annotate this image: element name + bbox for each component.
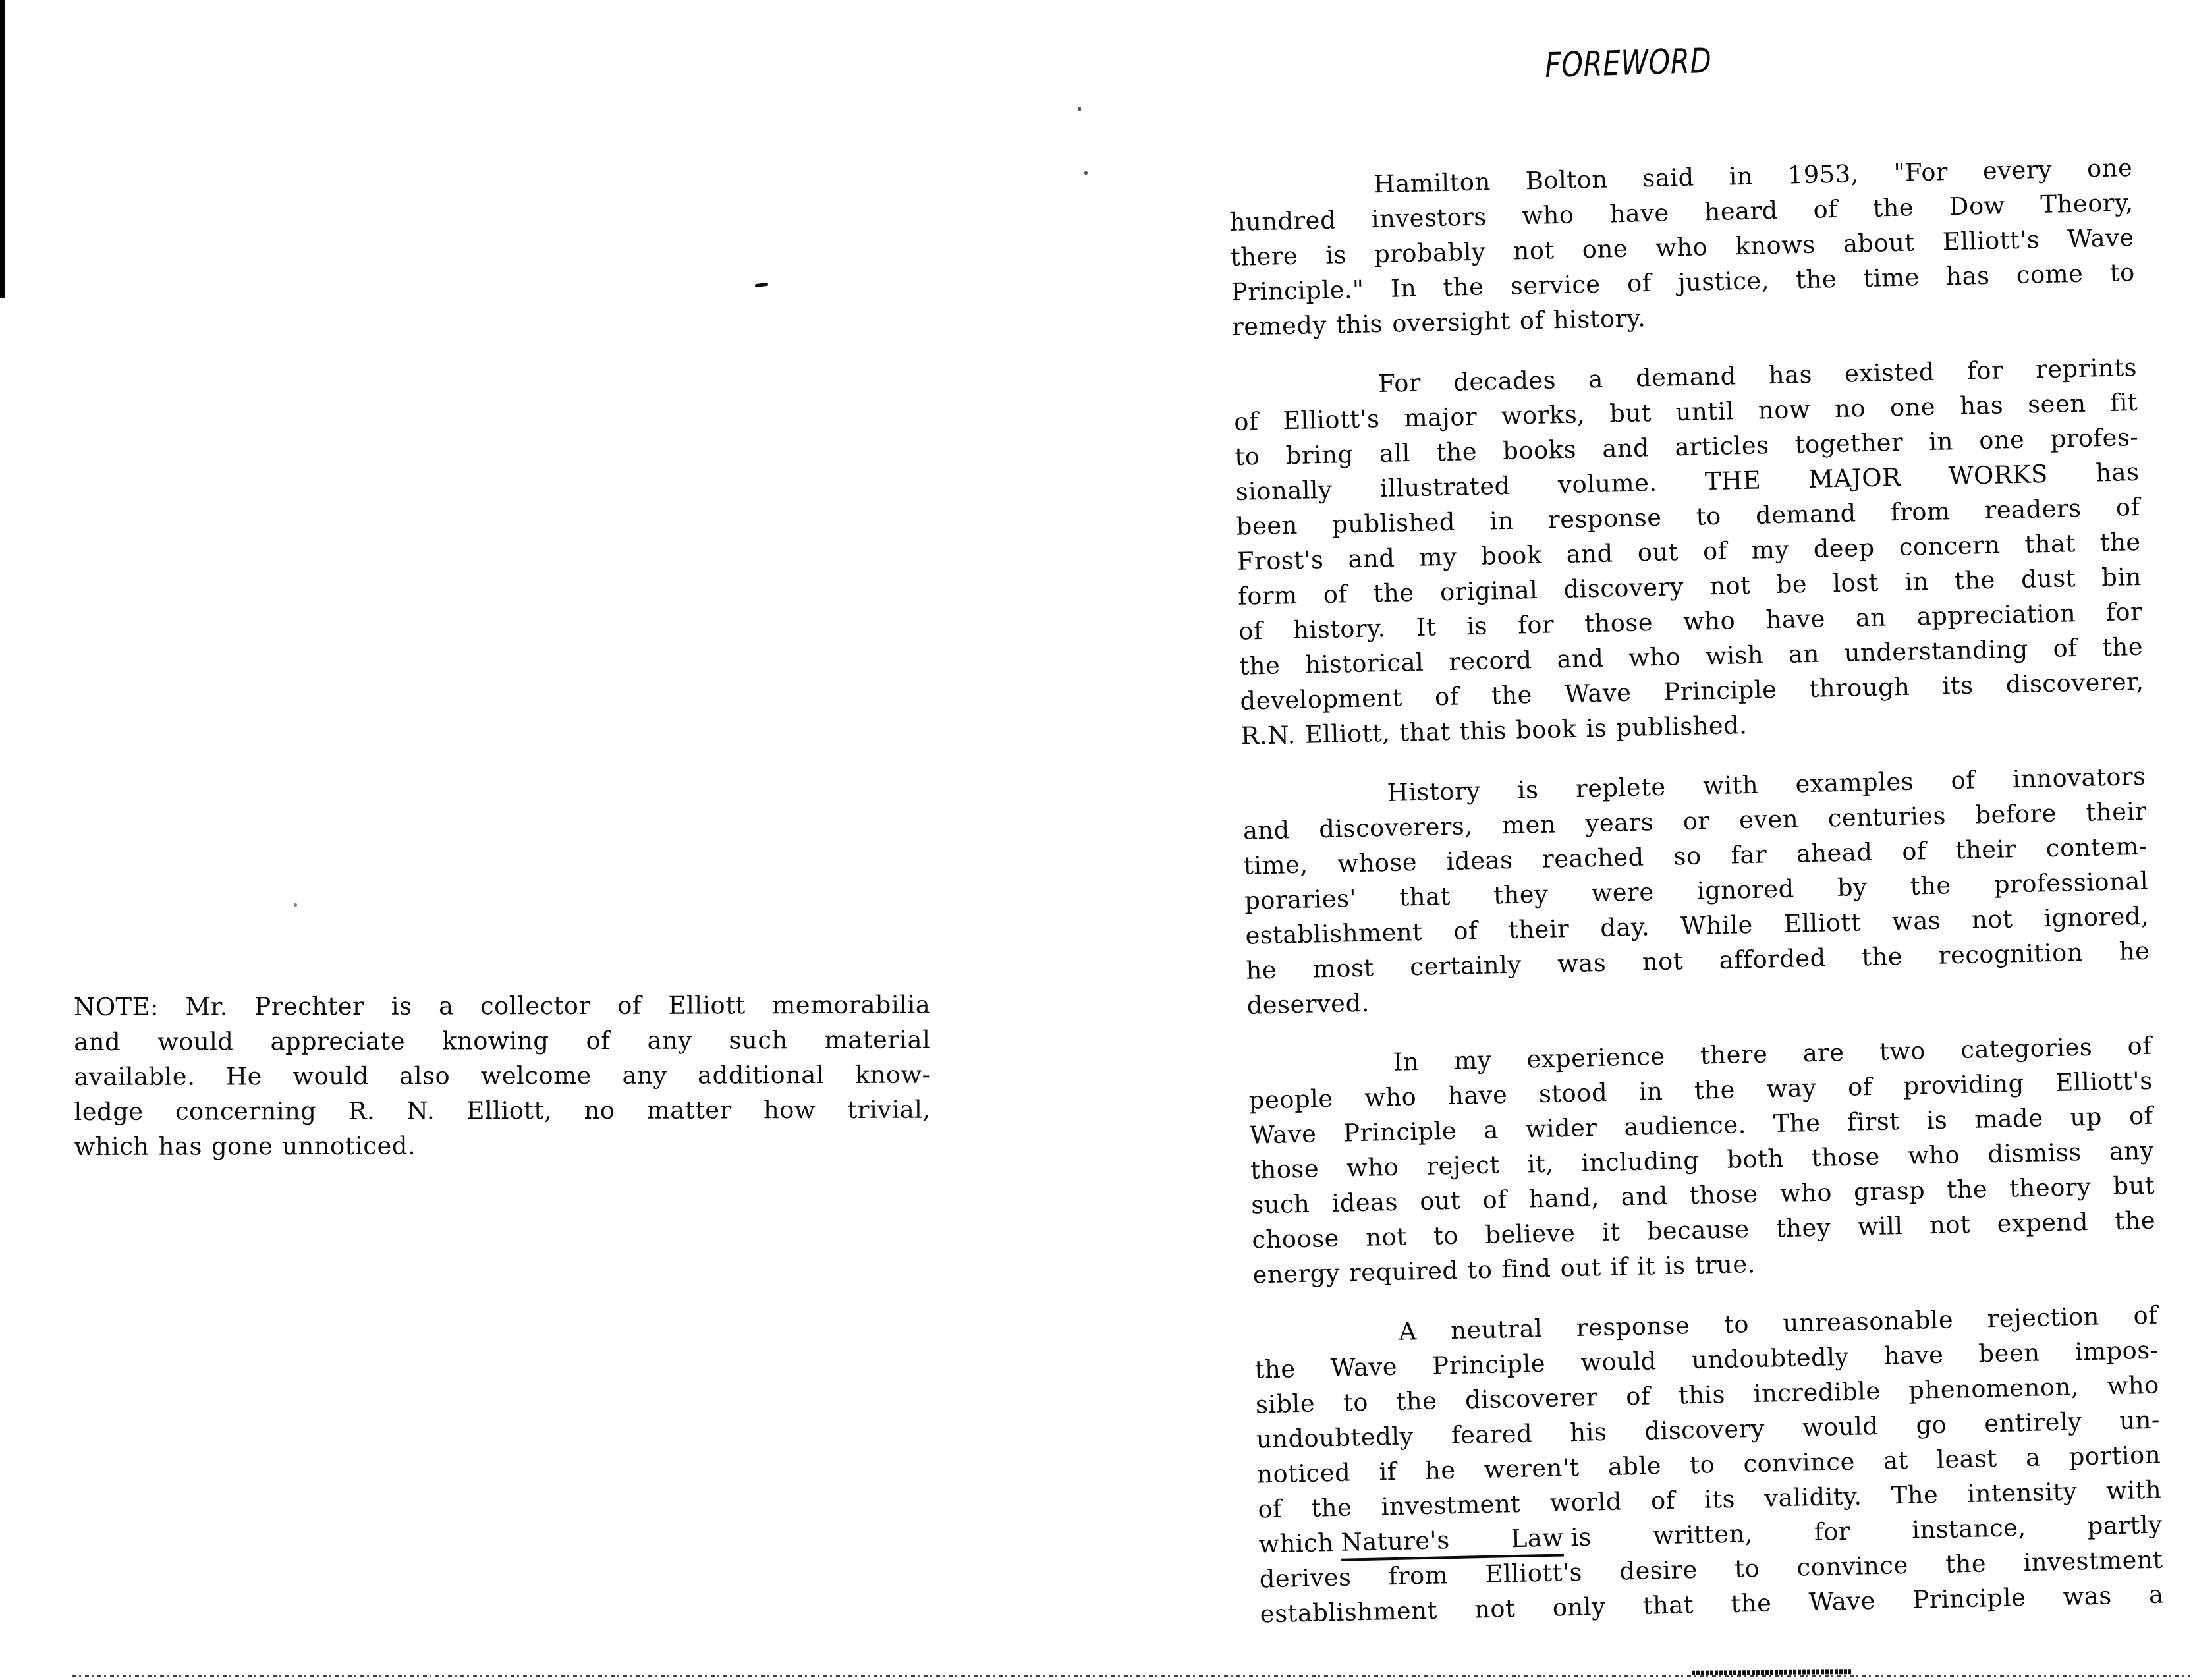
paragraph: A neutral response to unreasonable rejec… [1254,1298,2164,1632]
foreword-column: Hamilton Bolton said in 1953, "For every… [1229,150,2164,1631]
paragraph: In my experience there are two categorie… [1248,1028,2157,1293]
scan-speck [294,903,297,907]
text-segment: which [1258,1528,1334,1558]
text-line: NOTE: Mr. Prechter is a collector of Ell… [74,988,930,1024]
paragraph: History is replete with examples of inno… [1242,759,2151,1023]
scan-speck [1084,171,1088,175]
page-title: FOREWORD [1545,42,1712,86]
scan-edge-artifact [0,0,5,298]
text-line: and would appreciate knowing of any such… [74,1022,930,1059]
text-line: ledge concerning R. N. Elliott, no matte… [74,1092,930,1129]
text-line: available. He would also welcome any add… [74,1057,930,1094]
paragraph: Hamilton Bolton said in 1953, "For every… [1229,150,2136,345]
scan-speck [1078,107,1081,111]
scan-speck [755,283,768,287]
note-block: NOTE: Mr. Prechter is a collector of Ell… [74,988,931,1164]
scanned-book-spread: FOREWORD NOTE: Mr. Prechter is a collect… [0,0,2193,1680]
text-line: which has gone unnoticed. [74,1127,931,1164]
paragraph: For decades a demand has existed for rep… [1233,350,2145,754]
scan-bottom-line-artifact [72,1675,2190,1677]
